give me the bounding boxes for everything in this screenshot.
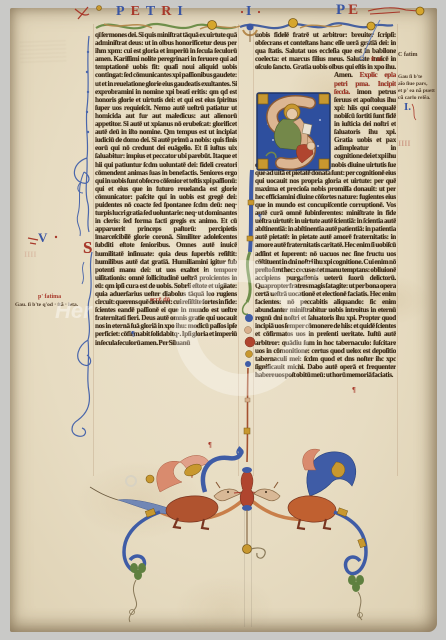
- manuscript-photo: IIII PETRI I PE qī ſermones dei. Si quis…: [0, 0, 446, 640]
- gloss-line: aīo ſiue pars,: [398, 81, 428, 87]
- text-column-left: qī ſermones dei. Si quis miniſtrat tāquā…: [95, 31, 237, 471]
- header-letter: I: [177, 4, 188, 20]
- running-title-pe: PE: [336, 2, 361, 19]
- plummet-line: [244, 505, 245, 627]
- faint-bleedthrough-numeral: IIII: [398, 139, 410, 148]
- chapter-numeral-i: I.: [404, 101, 411, 113]
- left-margin-gloss: Gau. ſi b'te q'od · ſtā · leta.: [15, 302, 101, 309]
- bleedthrough-mark: [20, 37, 67, 63]
- chapter-initial-s: S: [83, 238, 92, 258]
- pilcrow-mark: ¶: [131, 330, 135, 338]
- header-letter: T: [146, 4, 161, 20]
- gloss-line: cū carlo relēa.: [398, 95, 430, 101]
- pilcrow-mark: ¶: [258, 213, 262, 221]
- red-ink-word: fī āl.: [371, 56, 383, 63]
- header-letter: E: [348, 2, 361, 19]
- left-margin-gloss-rubric: p' fatima: [38, 294, 61, 300]
- running-title-book-numeral: I: [246, 4, 251, 20]
- header-letter: P: [116, 4, 131, 20]
- text-column-right: uobis fidelē fratrē ut arbitror: breuite…: [255, 31, 396, 471]
- ruling-line: [253, 24, 254, 476]
- header-letter: E: [131, 4, 146, 20]
- right-margin-note: C fatim: [398, 52, 418, 58]
- red-ink-word: eccē dō: [150, 296, 170, 303]
- historiated-initial-spacer: [255, 73, 331, 159]
- header-letter: P: [336, 2, 348, 19]
- pilcrow-mark: ¶: [208, 441, 212, 449]
- right-margin-gloss: Gau ſi b'teaīo ſiue pars,et p' ea nā pue…: [398, 74, 442, 102]
- faint-bleedthrough-numeral: IIII: [24, 250, 36, 259]
- ruling-line: [238, 24, 239, 476]
- running-title-petri: PETRI: [116, 4, 189, 20]
- plummet-line: [251, 505, 252, 627]
- ruling-line: [93, 24, 94, 476]
- header-letter: R: [161, 4, 177, 20]
- chapter-numeral-v: V: [38, 230, 47, 246]
- pilcrow-mark: ¶: [352, 386, 356, 394]
- gloss-line: et p' ea nā puett: [398, 88, 435, 94]
- gloss-line: Gau ſi b'te: [398, 74, 422, 80]
